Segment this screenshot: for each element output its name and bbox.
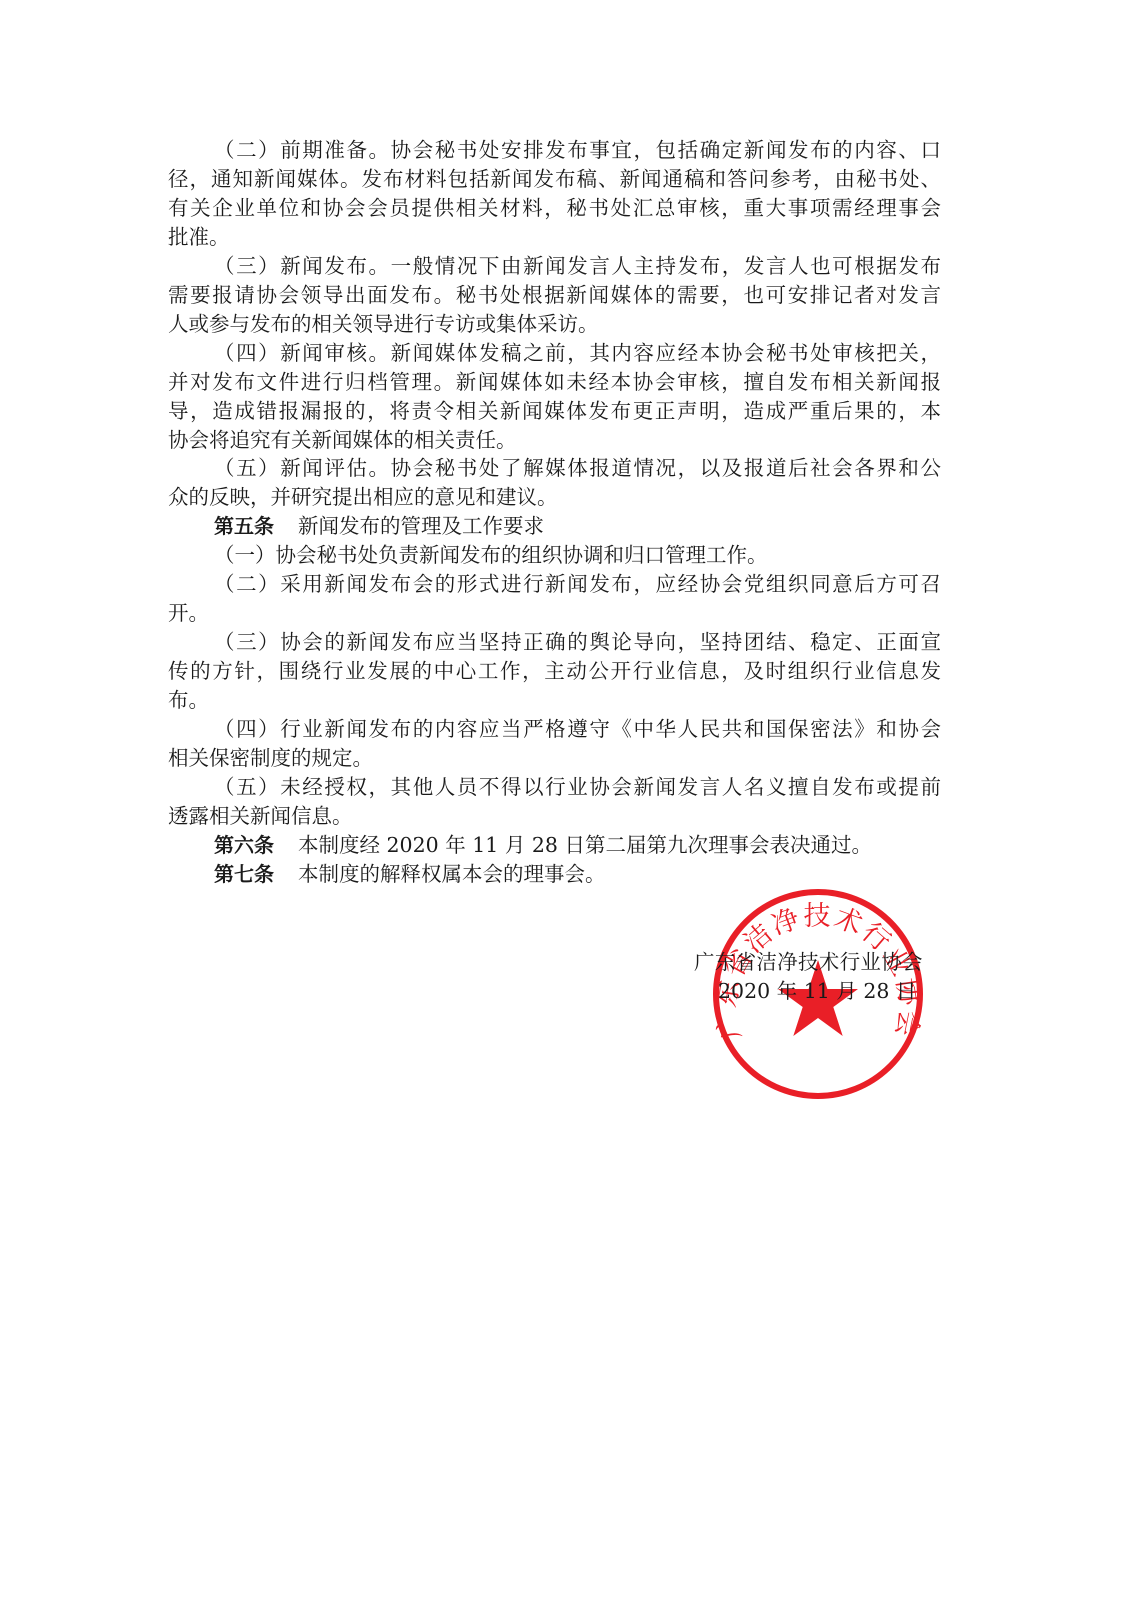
- article-heading-6: 第六条本制度经 2020 年 11 月 28 日第二届第九次理事会表决通过。: [168, 831, 941, 860]
- paragraph-line: （五）新闻评估。协会秘书处了解媒体报道情况，以及报道后社会各界和公: [168, 454, 941, 483]
- paragraph-line: （三）协会的新闻发布应当坚持正确的舆论导向，坚持团结、稳定、正面宣: [168, 628, 941, 657]
- article-number: 第六条: [214, 833, 274, 857]
- document-body: （二）前期准备。协会秘书处安排发布事宜，包括确定新闻发布的内容、口 径，通知新闻…: [168, 136, 941, 889]
- paragraph-line: （二）采用新闻发布会的形式进行新闻发布，应经协会党组织同意后方可召: [168, 570, 941, 599]
- paragraph-line: （二）前期准备。协会秘书处安排发布事宜，包括确定新闻发布的内容、口: [168, 136, 941, 165]
- paragraph-line: 传的方针，围绕行业发展的中心工作，主动公开行业信息，及时组织行业信息发: [168, 657, 941, 686]
- paragraph-line: （一）协会秘书处负责新闻发布的组织协调和归口管理工作。: [168, 541, 941, 570]
- paragraph-line: （三）新闻发布。一般情况下由新闻发言人主持发布，发言人也可根据发布: [168, 252, 941, 281]
- paragraph-line: 有关企业单位和协会会员提供相关材料，秘书处汇总审核，重大事项需经理事会: [168, 194, 941, 223]
- signature-block: 广东省洁净技术行业协会 2020 年 11 月 28 日: [694, 948, 944, 1006]
- paragraph-line: 开。: [168, 599, 941, 628]
- paragraph-line: 布。: [168, 686, 941, 715]
- signature-date: 2020 年 11 月 28 日: [694, 977, 944, 1006]
- paragraph-line: （五）未经授权，其他人员不得以行业协会新闻发言人名义擅自发布或提前: [168, 773, 941, 802]
- article-heading-5: 第五条新闻发布的管理及工作要求: [168, 512, 941, 541]
- article-title: 新闻发布的管理及工作要求: [298, 514, 544, 538]
- paragraph-line: 批准。: [168, 223, 941, 252]
- paragraph-line: 并对发布文件进行归档管理。新闻媒体如未经本协会审核，擅自发布相关新闻报: [168, 368, 941, 397]
- article-text: 本制度的解释权属本会的理事会。: [298, 862, 606, 886]
- paragraph-line: （四）新闻审核。新闻媒体发稿之前，其内容应经本协会秘书处审核把关，: [168, 339, 941, 368]
- paragraph-line: 众的反映，并研究提出相应的意见和建议。: [168, 483, 941, 512]
- paragraph-line: （四）行业新闻发布的内容应当严格遵守《中华人民共和国保密法》和协会: [168, 715, 941, 744]
- paragraph-line: 协会将追究有关新闻媒体的相关责任。: [168, 426, 941, 455]
- article-number: 第七条: [214, 862, 274, 886]
- article-heading-7: 第七条本制度的解释权属本会的理事会。: [168, 860, 941, 889]
- paragraph-line: 透露相关新闻信息。: [168, 802, 941, 831]
- signature-organization: 广东省洁净技术行业协会: [694, 948, 944, 977]
- paragraph-line: 相关保密制度的规定。: [168, 744, 941, 773]
- paragraph-line: 需要报请协会领导出面发布。秘书处根据新闻媒体的需要，也可安排记者对发言: [168, 281, 941, 310]
- document-page: （二）前期准备。协会秘书处安排发布事宜，包括确定新闻发布的内容、口 径，通知新闻…: [0, 0, 1131, 1600]
- paragraph-line: 人或参与发布的相关领导进行专访或集体采访。: [168, 310, 941, 339]
- article-number: 第五条: [214, 514, 274, 538]
- paragraph-line: 径，通知新闻媒体。发布材料包括新闻发布稿、新闻通稿和答问参考，由秘书处、: [168, 165, 941, 194]
- article-text: 本制度经 2020 年 11 月 28 日第二届第九次理事会表决通过。: [298, 833, 872, 857]
- paragraph-line: 导，造成错报漏报的，将责令相关新闻媒体发布更正声明，造成严重后果的，本: [168, 397, 941, 426]
